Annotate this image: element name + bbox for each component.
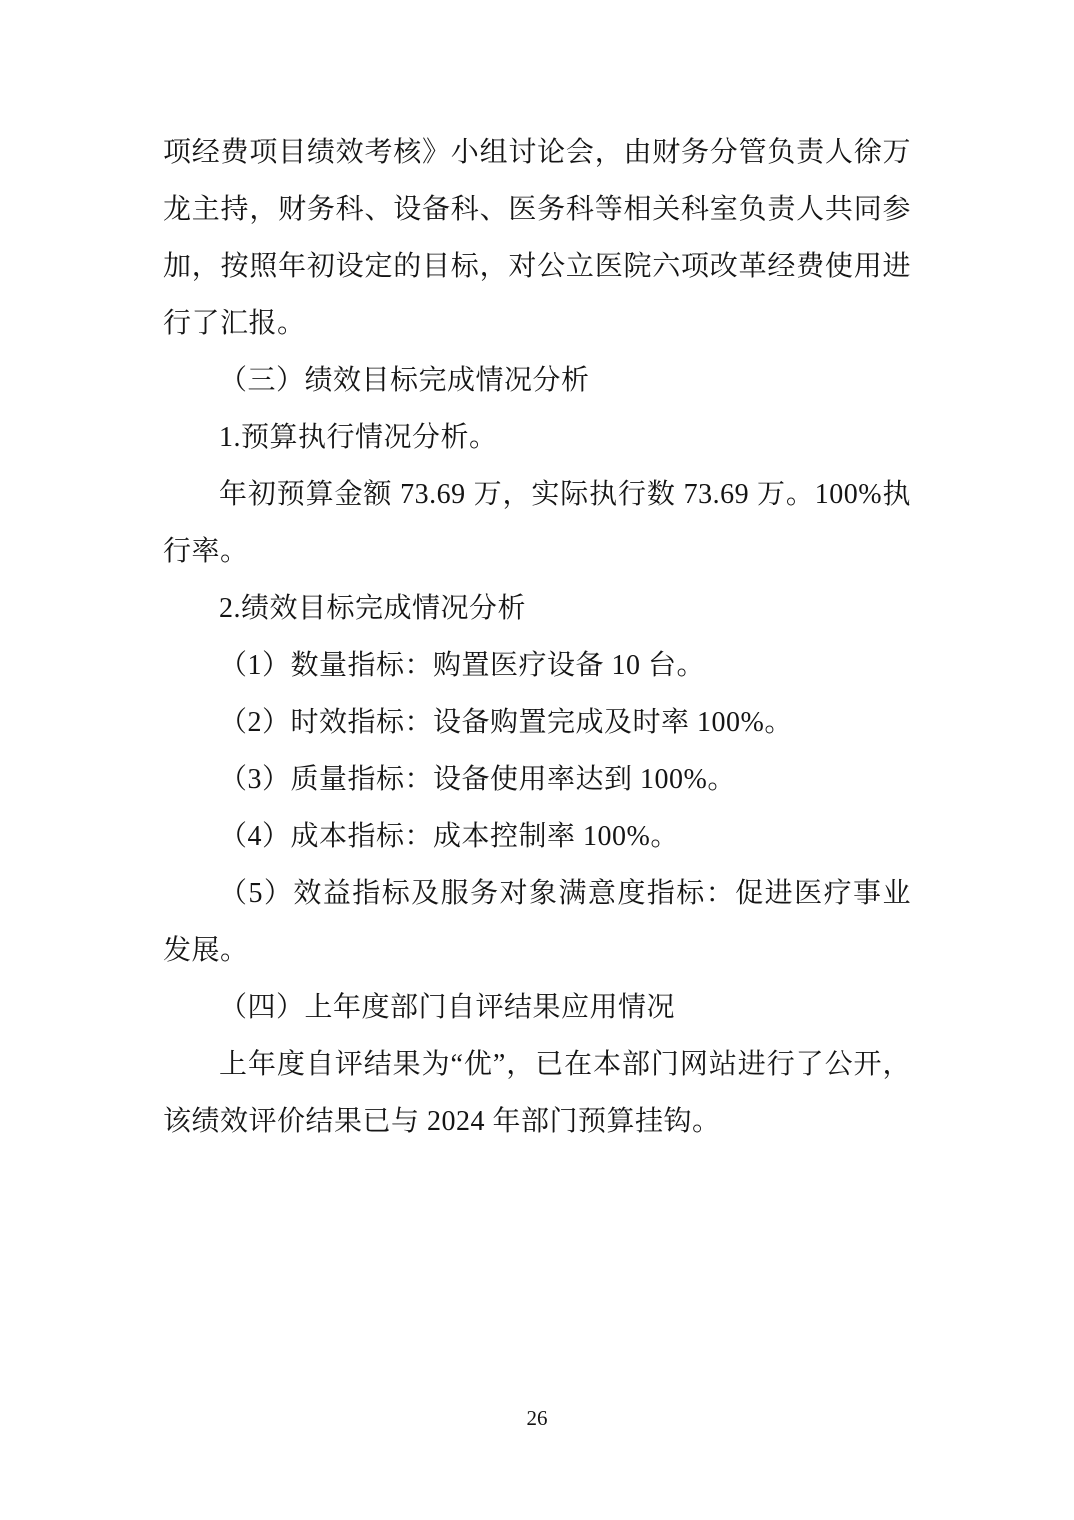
heading-section-4: （四）上年度部门自评结果应用情况 — [163, 979, 911, 1036]
indicator-timeliness: （2）时效指标：设备购置完成及时率 100%。 — [163, 694, 911, 751]
item-budget-analysis: 1.预算执行情况分析。 — [163, 409, 911, 466]
document-body: 项经费项目绩效考核》小组讨论会，由财务分管负责人徐万龙主持，财务科、设备科、医务… — [163, 124, 911, 1150]
paragraph-budget-execution: 年初预算金额 73.69 万，实际执行数 73.69 万。100%执行率。 — [163, 466, 911, 580]
indicator-quality: （3）质量指标：设备使用率达到 100%。 — [163, 751, 911, 808]
page-number: 26 — [0, 1404, 1074, 1432]
indicator-quantity: （1）数量指标：购置医疗设备 10 台。 — [163, 637, 911, 694]
document-page: 项经费项目绩效考核》小组讨论会，由财务分管负责人徐万龙主持，财务科、设备科、医务… — [0, 0, 1074, 1520]
paragraph-self-evaluation: 上年度自评结果为“优”，已在本部门网站进行了公开，该绩效评价结果已与 2024 … — [163, 1036, 911, 1150]
indicator-cost: （4）成本指标：成本控制率 100%。 — [163, 808, 911, 865]
item-target-completion: 2.绩效目标完成情况分析 — [163, 580, 911, 637]
indicator-benefit: （5）效益指标及服务对象满意度指标：促进医疗事业发展。 — [163, 865, 911, 979]
paragraph-continuation: 项经费项目绩效考核》小组讨论会，由财务分管负责人徐万龙主持，财务科、设备科、医务… — [163, 124, 911, 352]
heading-section-3: （三）绩效目标完成情况分析 — [163, 352, 911, 409]
